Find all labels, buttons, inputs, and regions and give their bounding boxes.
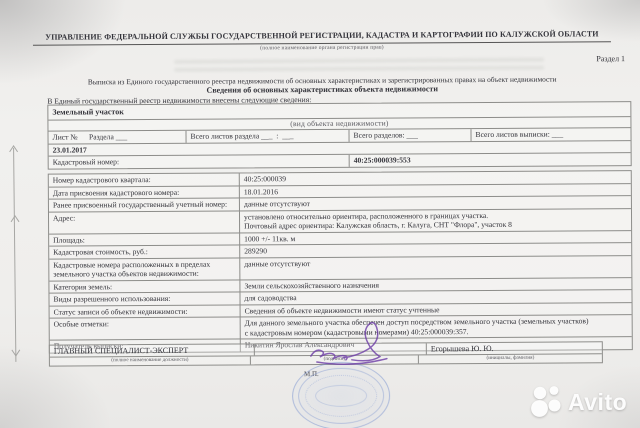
sheet-number-cell: Лист № Раздела ___ (48, 131, 185, 143)
row-label: Кадастровая стоимость, руб.: (49, 245, 239, 258)
cadastral-number-value: 40:25:000039:553 (349, 153, 631, 166)
row-label: Номер кадастрового квартала: (49, 173, 239, 186)
cadastral-number-label: Кадастровый номер: (49, 155, 349, 168)
row-value: данные отсутствуют (239, 256, 631, 279)
avito-watermark: Avito (527, 380, 637, 424)
sheets-total-cell: Всего листов раздела ___ : ___ (185, 130, 348, 142)
row-label: Кадастровые номера расположенных в преде… (49, 258, 239, 280)
scanned-document-photo: УПРАВЛЕНИЕ ФЕДЕРАЛЬНОЙ СЛУЖБЫ ГОСУДАРСТВ… (0, 0, 640, 428)
row-value: Земли сельскохозяйственного назначения (239, 278, 631, 292)
sections-total-cell: Всего разделов: ___ (348, 129, 470, 141)
name-caption: (инициалы, фамилия) (418, 354, 602, 363)
row-label: Статус записи об объекте недвижимости: (50, 305, 240, 318)
table-row: Адрес:установлено относительно ориентира… (49, 208, 631, 234)
extract-sheets-total-cell: Всего листов выписки: ___ (470, 128, 630, 140)
row-label: Ранее присвоенный государственный учетны… (49, 198, 239, 211)
row-label: Категория земель: (49, 280, 239, 293)
object-summary-table: Земельный участок (вид объекта недвижимо… (47, 101, 631, 169)
official-stamp (292, 362, 390, 428)
row-label: Виды разрешенного использования: (49, 292, 239, 305)
official-position: ГЛАВНЫЙ СПЕЦИАЛИСТ-ЭКСПЕРТ (50, 344, 254, 356)
row-label: Особые отметки: (50, 317, 240, 339)
binding-thread (6, 142, 25, 368)
section-label: Раздел 1 (596, 54, 625, 63)
table-row: Кадастровые номера расположенных в преде… (49, 255, 631, 281)
document-page: УПРАВЛЕНИЕ ФЕДЕРАЛЬНОЙ СЛУЖБЫ ГОСУДАРСТВ… (0, 0, 640, 428)
position-caption: (полное наименование должности) (50, 356, 250, 365)
row-value: данные отсутствуют (239, 196, 631, 210)
row-value: 40:25:000039 (239, 171, 631, 185)
row-value: для садоводства (239, 290, 631, 304)
row-value: 1000 +/- 11кв. м (239, 231, 631, 245)
official-name: Егорышева Ю. Ю. (426, 342, 602, 354)
row-value: 289290 (239, 243, 631, 257)
row-value: установлено относительно ориентира, расп… (239, 209, 631, 232)
signature (281, 307, 421, 370)
row-value: 18.01.2016 (239, 184, 631, 198)
row-label: Адрес: (49, 211, 239, 233)
avito-logo-icon (527, 383, 567, 421)
row-label: Дата присвоения кадастрового номера: (49, 186, 239, 199)
print-through-ghost (174, 58, 544, 76)
row-label: Площадь: (49, 233, 239, 246)
avito-wordmark: Avito (568, 389, 627, 416)
